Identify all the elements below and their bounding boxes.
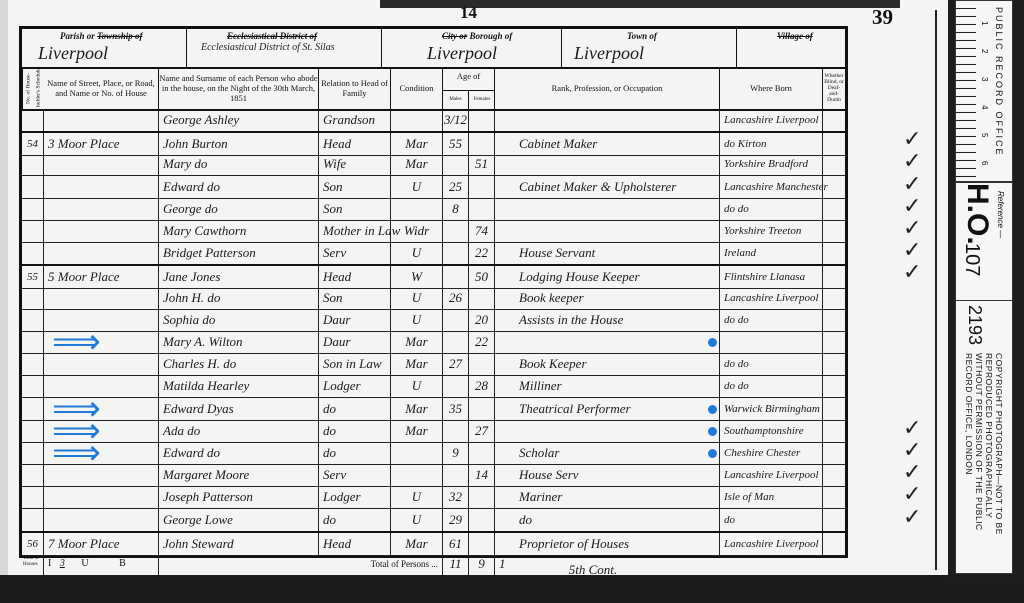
relation-cell: Wife [319, 153, 391, 175]
blind-cell [823, 486, 845, 508]
schedule-cell [22, 309, 44, 331]
age-female-cell: 28 [469, 375, 495, 397]
blue-dot-marker [708, 405, 717, 414]
age-female-cell [469, 442, 495, 464]
inhabited-label: I [48, 558, 51, 569]
census-page: 14 39 Parish or Township of Liverpool Ec… [0, 0, 948, 590]
occupation-cell [495, 109, 720, 131]
where-born-cell: Lancashire Liverpool [720, 533, 823, 555]
schedule-cell: 55 [22, 266, 44, 288]
name-cell: Edward do [159, 176, 319, 198]
schedule-cell [22, 375, 44, 397]
sub-number: 2193 [964, 305, 985, 345]
village-cell: Village of [737, 29, 845, 67]
parish-label: Parish or [60, 31, 95, 41]
folio-number-right: 39 [872, 5, 893, 30]
condition-cell [391, 442, 443, 464]
age-male-cell [443, 420, 469, 442]
blind-cell [823, 242, 845, 264]
age-male-cell: 55 [443, 133, 469, 155]
occupation-cell [495, 153, 720, 175]
name-cell: George do [159, 198, 319, 220]
table-row: Ada dodoMar27Southamptonshire [22, 420, 845, 443]
age-female-cell [469, 533, 495, 555]
age-male-cell: 9 [443, 442, 469, 464]
village-struck-label: Village of [777, 31, 813, 41]
blind-cell [823, 442, 845, 464]
where-born-cell: do do [720, 375, 823, 397]
age-male-cell: 35 [443, 398, 469, 420]
col-name: Name and Surname of each Person who abod… [159, 67, 319, 109]
schedule-cell [22, 398, 44, 420]
relation-cell: Son [319, 176, 391, 198]
street-cell [44, 486, 159, 508]
relation-cell: Son [319, 287, 391, 309]
relation-cell: Head [319, 133, 391, 155]
where-born-cell: Isle of Man [720, 486, 823, 508]
table-row: Edward DyasdoMar35Theatrical PerformerWa… [22, 398, 845, 421]
relation-cell: Serv [319, 464, 391, 486]
col-age-males: Males [443, 90, 469, 109]
schedule-cell [22, 220, 44, 242]
age-female-cell: 22 [469, 331, 495, 353]
condition-cell: Mar [391, 133, 443, 155]
page-side-rule [935, 10, 937, 570]
blue-dot-marker [708, 449, 717, 458]
relation-cell: do [319, 442, 391, 464]
schedule-cell [22, 287, 44, 309]
street-cell: 3 Moor Place [44, 133, 159, 155]
table-row: Edward doSonU25Cabinet Maker & Upholster… [22, 176, 845, 199]
schedule-cell [22, 153, 44, 175]
total-persons-label: Total of Persons ... [159, 553, 443, 575]
census-table: Parish or Township of Liverpool Ecclesia… [19, 26, 848, 558]
condition-cell: Mar [391, 353, 443, 375]
town-label: Town of [627, 31, 657, 41]
relation-cell: do [319, 509, 391, 531]
location-header: Parish or Township of Liverpool Ecclesia… [22, 29, 845, 69]
name-cell: Bridget Patterson [159, 242, 319, 264]
age-male-cell: 26 [443, 287, 469, 309]
ruler-number: 2 [980, 49, 989, 53]
blind-cell [823, 220, 845, 242]
age-male-cell [443, 309, 469, 331]
table-row: Matilda HearleyLodgerU28Millinerdo do [22, 375, 845, 398]
relation-cell: Lodger [319, 375, 391, 397]
reference-box: H.O. Reference — 107 [955, 182, 1013, 302]
blind-cell [823, 353, 845, 375]
name-cell: John Burton [159, 133, 319, 155]
relation-cell: Son in Law [319, 353, 391, 375]
township-struck-label: Township of [97, 31, 142, 41]
relation-cell: Serv [319, 242, 391, 264]
blind-cell [823, 533, 845, 555]
col-street: Name of Street, Place, or Road, and Name… [44, 67, 159, 109]
blind-cell [823, 133, 845, 155]
age-female-cell [469, 198, 495, 220]
name-cell: Margaret Moore [159, 464, 319, 486]
blind-cell [823, 109, 845, 131]
occupation-cell [495, 198, 720, 220]
reference-label: Reference — [996, 191, 1005, 238]
blue-dot-marker [708, 338, 717, 347]
age-male-cell: 29 [443, 509, 469, 531]
occupation-cell: Cabinet Maker & Upholsterer [495, 176, 720, 198]
blind-cell [823, 375, 845, 397]
condition-cell: U [391, 509, 443, 531]
where-born-cell: do do [720, 198, 823, 220]
name-cell: Sophia do [159, 309, 319, 331]
name-cell: Mary do [159, 153, 319, 175]
blind-cell [823, 266, 845, 288]
occupation-cell [495, 420, 720, 442]
col-where-born: Where Born [720, 67, 823, 109]
table-row: Bridget PattersonServU22House ServantIre… [22, 242, 845, 265]
blind-cell [823, 309, 845, 331]
street-cell [44, 198, 159, 220]
condition-cell: Mar [391, 533, 443, 555]
age-female-cell: 27 [469, 420, 495, 442]
relation-cell: Mother in Law [319, 220, 391, 242]
schedule-cell [22, 242, 44, 264]
age-male-cell: 27 [443, 353, 469, 375]
relation-cell: Daur [319, 309, 391, 331]
age-female-cell [469, 353, 495, 375]
col-schedule: No. of House-holder's Schedule [22, 67, 44, 109]
where-born-cell: do [720, 509, 823, 531]
occupation-cell: Milliner [495, 375, 720, 397]
schedule-cell [22, 176, 44, 198]
blind-cell [823, 464, 845, 486]
occupation-cell: House Serv [495, 464, 720, 486]
name-cell: John H. do [159, 287, 319, 309]
street-cell [44, 176, 159, 198]
condition-cell: W [391, 266, 443, 288]
age-female-cell: 22 [469, 242, 495, 264]
total-females: 9 [469, 553, 495, 575]
schedule-cell [22, 353, 44, 375]
condition-cell: U [391, 309, 443, 331]
table-row: Charles H. doSon in LawMar27Book Keeperd… [22, 353, 845, 376]
occupation-cell: do [495, 509, 720, 531]
where-born-cell: Yorkshire Bradford [720, 153, 823, 175]
relation-cell: do [319, 398, 391, 420]
occupation-cell: Theatrical Performer [495, 398, 720, 420]
blue-arrow-icon: ⟹ [52, 332, 101, 352]
age-male-cell [443, 242, 469, 264]
age-female-cell [469, 486, 495, 508]
where-born-cell: do do [720, 309, 823, 331]
total-notes: 1 5th Cont. [495, 553, 845, 575]
col-age-label: Age of [457, 71, 480, 81]
age-female-cell [469, 133, 495, 155]
condition-cell: Mar [391, 153, 443, 175]
age-male-cell [443, 464, 469, 486]
blue-dot-marker [708, 427, 717, 436]
schedule-cell [22, 464, 44, 486]
ruler-number: 6 [980, 161, 989, 165]
ruler-label: PUBLIC RECORD OFFICE [994, 7, 1004, 157]
folio-number-left: 14 [460, 3, 477, 23]
blind-cell [823, 287, 845, 309]
ruler-number: 1 [980, 21, 989, 25]
table-row: George AshleyGrandson3/12Lancashire Live… [22, 109, 845, 132]
check-mark-icon: ✓ [903, 505, 921, 530]
building-label: B [91, 558, 126, 569]
table-row: Mary CawthornMother in LawWidr74Yorkshir… [22, 220, 845, 243]
name-cell: John Steward [159, 533, 319, 555]
ecclesiastical-label: Ecclesiastical District of [227, 31, 317, 41]
name-cell: Mary A. Wilton [159, 331, 319, 353]
where-born-cell [720, 331, 823, 353]
age-male-cell: 61 [443, 533, 469, 555]
age-male-cell: 3/12 [443, 109, 469, 131]
age-female-cell: 51 [469, 153, 495, 175]
occupation-cell [495, 220, 720, 242]
check-mark-icon: ✓ [903, 260, 921, 285]
occupation-cell: Proprietor of Houses [495, 533, 720, 555]
blind-cell [823, 509, 845, 531]
age-female-cell: 20 [469, 309, 495, 331]
copyright-box: 2193 COPYRIGHT PHOTOGRAPH—NOT TO BE REPR… [955, 300, 1013, 574]
relation-cell: Lodger [319, 486, 391, 508]
where-born-cell: Lancashire Liverpool [720, 287, 823, 309]
piece-number: 107 [960, 243, 983, 276]
where-born-cell: Southamptonshire [720, 420, 823, 442]
name-cell: Matilda Hearley [159, 375, 319, 397]
where-born-cell: Lancashire Liverpool [720, 109, 823, 131]
condition-cell: U [391, 176, 443, 198]
ruler-number: 5 [980, 133, 989, 137]
borough-value: Liverpool [427, 43, 497, 64]
occupation-cell: Assists in the House [495, 309, 720, 331]
schedule-cell: 56 [22, 533, 44, 555]
condition-cell [391, 109, 443, 131]
parish-cell: Parish or Township of Liverpool [22, 29, 187, 67]
inhabited-value: 3 [54, 558, 71, 569]
table-row: George doSon8do do [22, 198, 845, 221]
houses-counts: I 3 U B [44, 553, 159, 575]
col-condition: Condition [391, 67, 443, 109]
occupation-cell: Cabinet Maker [495, 133, 720, 155]
age-female-cell [469, 287, 495, 309]
schedule-cell [22, 486, 44, 508]
occupation-cell: Book Keeper [495, 353, 720, 375]
where-born-cell: do Kirton [720, 133, 823, 155]
street-cell [44, 287, 159, 309]
name-cell: Ada do [159, 420, 319, 442]
schedule-cell [22, 331, 44, 353]
occupation-cell [495, 331, 720, 353]
blind-cell [823, 176, 845, 198]
condition-cell: Mar [391, 398, 443, 420]
age-female-cell [469, 176, 495, 198]
relation-cell: Grandson [319, 109, 391, 131]
table-row: Edward dodo9ScholarCheshire Chester [22, 442, 845, 465]
note-mark: 1 [499, 556, 506, 571]
scan-shadow-bottom [0, 575, 1024, 603]
total-houses-label: Total of Houses [22, 553, 44, 575]
name-cell: Mary Cawthorn [159, 220, 319, 242]
age-male-cell: 8 [443, 198, 469, 220]
table-row: Joseph PattersonLodgerU32MarinerIsle of … [22, 486, 845, 509]
age-female-cell [469, 509, 495, 531]
where-born-cell: Yorkshire Treeton [720, 220, 823, 242]
condition-cell: U [391, 486, 443, 508]
name-cell: Edward do [159, 442, 319, 464]
where-born-cell: Warwick Birmingham [720, 398, 823, 420]
name-cell: Jane Jones [159, 266, 319, 288]
street-cell: 7 Moor Place [44, 533, 159, 555]
where-born-cell: Flintshire Llanasa [720, 266, 823, 288]
table-row: George LowedoU29dodo [22, 509, 845, 532]
name-cell: Edward Dyas [159, 398, 319, 420]
street-cell [44, 242, 159, 264]
name-cell: Joseph Patterson [159, 486, 319, 508]
age-male-cell [443, 266, 469, 288]
page-top-shadow [380, 0, 900, 8]
occupation-cell: House Servant [495, 242, 720, 264]
condition-cell: Widr [391, 220, 443, 242]
col-age-females: Females [469, 90, 495, 109]
schedule-cell [22, 198, 44, 220]
column-headers: No. of House-holder's Schedule Name of S… [22, 67, 845, 111]
age-male-cell [443, 153, 469, 175]
age-male-cell: 32 [443, 486, 469, 508]
ecclesiastical-cell: Ecclesiastical District of Ecclesiastica… [187, 29, 382, 67]
borough-label: Borough of [470, 31, 513, 41]
age-male-cell: 25 [443, 176, 469, 198]
schedule-cell [22, 509, 44, 531]
total-males: 11 [443, 553, 469, 575]
name-cell: Charles H. do [159, 353, 319, 375]
schedule-cell: 54 [22, 133, 44, 155]
blind-cell [823, 153, 845, 175]
where-born-cell: Cheshire Chester [720, 442, 823, 464]
age-female-cell: 14 [469, 464, 495, 486]
age-male-cell [443, 375, 469, 397]
ruler-number: 4 [980, 105, 989, 109]
table-row: John H. doSonU26Book keeperLancashire Li… [22, 287, 845, 310]
class-code: H.O. [960, 183, 994, 245]
where-born-cell: do do [720, 353, 823, 375]
ruler: PUBLIC RECORD OFFICE 123456 [955, 0, 1013, 182]
table-row: Mary doWifeMar51Yorkshire Bradford [22, 153, 845, 176]
condition-cell [391, 464, 443, 486]
blind-cell [823, 398, 845, 420]
street-cell: 5 Moor Place [44, 266, 159, 288]
page-edge [0, 0, 8, 603]
copyright-notice: COPYRIGHT PHOTOGRAPH—NOT TO BE REPRODUCE… [964, 353, 1004, 563]
condition-cell: U [391, 375, 443, 397]
blind-cell [823, 331, 845, 353]
condition-cell: U [391, 287, 443, 309]
relation-cell: Head [319, 266, 391, 288]
uninhabited-label: U [73, 558, 88, 569]
relation-cell: Head [319, 533, 391, 555]
relation-cell: Daur [319, 331, 391, 353]
city-struck-label: City or [442, 31, 467, 41]
col-blind: Whether Blind, or Deaf-and-Dumb [823, 67, 845, 109]
street-cell [44, 509, 159, 531]
table-row: Mary A. WiltonDaurMar22 [22, 331, 845, 354]
blind-cell [823, 198, 845, 220]
ruler-number: 3 [980, 77, 989, 81]
schedule-cell [22, 442, 44, 464]
parish-value: Liverpool [38, 43, 108, 64]
age-male-cell [443, 331, 469, 353]
age-female-cell: 50 [469, 266, 495, 288]
col-age: Age of Males Females [443, 67, 495, 109]
town-value: Liverpool [574, 43, 644, 64]
occupation-cell: Scholar [495, 442, 720, 464]
age-female-cell [469, 398, 495, 420]
blind-cell [823, 420, 845, 442]
blue-arrow-icon: ⟹ [52, 443, 101, 463]
condition-cell: U [391, 242, 443, 264]
where-born-cell: Lancashire Liverpool [720, 464, 823, 486]
relation-cell: do [319, 420, 391, 442]
col-relation: Relation to Head of Family [319, 67, 391, 109]
street-cell [44, 153, 159, 175]
age-female-cell: 74 [469, 220, 495, 242]
condition-cell [391, 198, 443, 220]
age-male-cell [443, 220, 469, 242]
table-row: Margaret MooreServ14House ServLancashire… [22, 464, 845, 487]
schedule-cell [22, 109, 44, 131]
ecclesiastical-value: Ecclesiastical District of St. Silas [201, 42, 335, 53]
town-cell: Town of Liverpool [562, 29, 737, 67]
street-cell [44, 220, 159, 242]
name-cell: George Ashley [159, 109, 319, 131]
table-row: Sophia doDaurU20Assists in the Housedo d… [22, 309, 845, 332]
condition-cell: Mar [391, 420, 443, 442]
name-cell: George Lowe [159, 509, 319, 531]
occupation-cell: Book keeper [495, 287, 720, 309]
where-born-cell: Lancashire Manchester [720, 176, 823, 198]
age-female-cell [469, 109, 495, 131]
occupation-cell: Mariner [495, 486, 720, 508]
occupation-cell: Lodging House Keeper [495, 266, 720, 288]
street-cell [44, 109, 159, 131]
borough-cell: City or Borough of Liverpool [382, 29, 562, 67]
schedule-cell [22, 420, 44, 442]
relation-cell: Son [319, 198, 391, 220]
ruler-ticks [956, 1, 976, 181]
where-born-cell: Ireland [720, 242, 823, 264]
condition-cell: Mar [391, 331, 443, 353]
col-occupation: Rank, Profession, or Occupation [495, 67, 720, 109]
